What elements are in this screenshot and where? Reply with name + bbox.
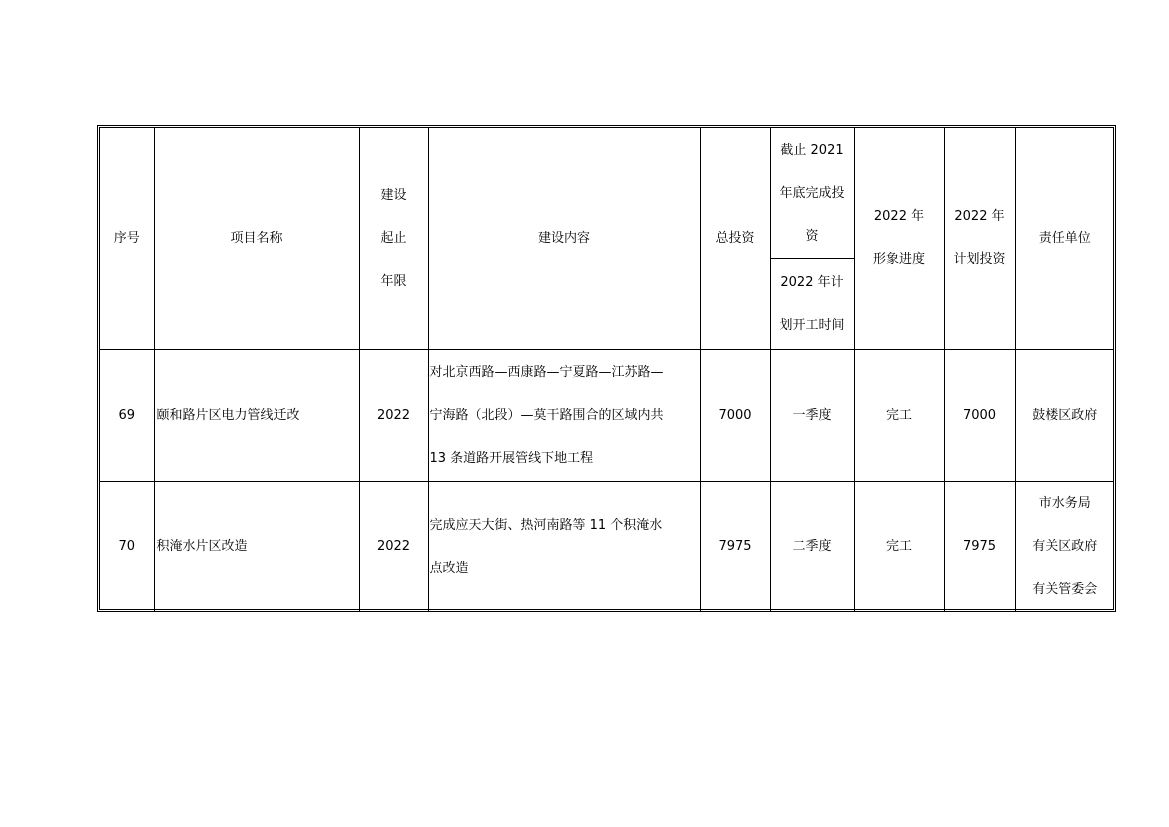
- row-planned-investment: 7975: [944, 481, 1015, 612]
- header-planned-start-line: 划开工时间: [771, 304, 854, 347]
- header-planned-investment-line: 计划投资: [945, 238, 1015, 281]
- row-content: 完成应天大街、热河南路等 11 个积淹水 点改造: [428, 481, 700, 612]
- header-progress-line: 2022 年: [855, 195, 944, 238]
- header-progress-line: 形象进度: [855, 238, 944, 281]
- header-completed-by-2021: 截止 2021 年底完成投 资: [771, 128, 854, 259]
- row-total-investment: 7975: [700, 481, 770, 612]
- row-project-name: 颐和路片区电力管线迁改: [154, 349, 359, 481]
- header-completed-line: 截止 2021: [771, 129, 854, 172]
- header-completed-line: 资: [771, 215, 854, 258]
- row-start-time: 一季度: [770, 349, 854, 481]
- header-planned-start-line: 2022 年计: [771, 261, 854, 304]
- row-responsible-line: 市水务局: [1016, 482, 1115, 525]
- header-progress-2022: 2022 年 形象进度: [854, 128, 944, 349]
- row-content-line: 宁海路（北段）—莫干路围合的区域内共: [430, 394, 700, 437]
- row-responsible-unit: 鼓楼区政府: [1015, 349, 1114, 481]
- row-total-investment: 7000: [700, 349, 770, 481]
- row-project-name: 积淹水片区改造: [154, 481, 359, 612]
- header-period: 建设 起止 年限: [359, 128, 428, 349]
- project-table: 序号 项目名称 建设 起止 年限 建设内容 总投资 截止 2021 年底完成投 …: [100, 128, 1114, 612]
- row-seq: 69: [100, 349, 154, 481]
- row-period: 2022: [359, 481, 428, 612]
- row-responsible-line: 有关区政府: [1016, 525, 1115, 568]
- project-table-frame: 序号 项目名称 建设 起止 年限 建设内容 总投资 截止 2021 年底完成投 …: [97, 125, 1116, 612]
- document-page: 序号 项目名称 建设 起止 年限 建设内容 总投资 截止 2021 年底完成投 …: [0, 0, 1169, 827]
- row-content-line: 13 条道路开展管线下地工程: [430, 437, 700, 480]
- row-seq: 70: [100, 481, 154, 612]
- header-seq: 序号: [100, 128, 154, 349]
- table-row: 70 积淹水片区改造 2022 完成应天大街、热河南路等 11 个积淹水 点改造…: [100, 481, 1114, 612]
- table-row: 69 颐和路片区电力管线迁改 2022 对北京西路—西康路—宁夏路—江苏路— 宁…: [100, 349, 1114, 481]
- row-content-line: 点改造: [430, 547, 700, 590]
- header-period-line: 起止: [360, 217, 428, 260]
- header-planned-investment-line: 2022 年: [945, 195, 1015, 238]
- header-total-investment: 总投资: [700, 128, 770, 349]
- row-progress: 完工: [854, 349, 944, 481]
- header-period-line: 建设: [360, 174, 428, 217]
- row-start-time: 二季度: [770, 481, 854, 612]
- row-planned-investment: 7000: [944, 349, 1015, 481]
- row-responsible-line: 有关管委会: [1016, 568, 1115, 611]
- row-content: 对北京西路—西康路—宁夏路—江苏路— 宁海路（北段）—莫干路围合的区域内共 13…: [428, 349, 700, 481]
- header-project-name: 项目名称: [154, 128, 359, 349]
- header-responsible-unit: 责任单位: [1015, 128, 1114, 349]
- header-row: 序号 项目名称 建设 起止 年限 建设内容 总投资 截止 2021 年底完成投 …: [100, 128, 1114, 349]
- header-content: 建设内容: [428, 128, 700, 349]
- header-period-line: 年限: [360, 260, 428, 303]
- row-progress: 完工: [854, 481, 944, 612]
- row-content-line: 完成应天大街、热河南路等 11 个积淹水: [430, 504, 700, 547]
- row-period: 2022: [359, 349, 428, 481]
- header-split-cell: 截止 2021 年底完成投 资 2022 年计 划开工时间: [770, 128, 854, 349]
- header-completed-line: 年底完成投: [771, 172, 854, 215]
- header-planned-start-2022: 2022 年计 划开工时间: [771, 259, 854, 349]
- header-planned-investment-2022: 2022 年 计划投资: [944, 128, 1015, 349]
- row-content-line: 对北京西路—西康路—宁夏路—江苏路—: [430, 351, 700, 394]
- row-responsible-unit: 市水务局 有关区政府 有关管委会: [1015, 481, 1114, 612]
- row-responsible-line: 鼓楼区政府: [1016, 394, 1115, 437]
